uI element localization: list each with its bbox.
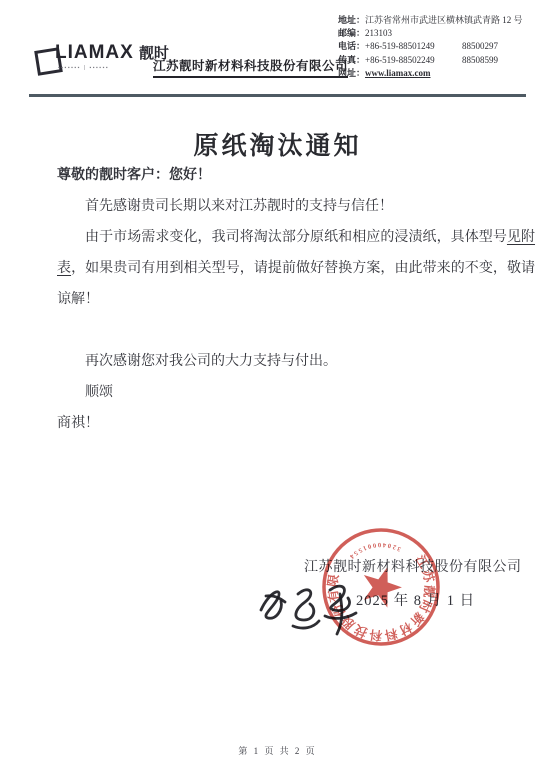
letter-page: LIAMAX 靓时 ▪▪▪▪▪▪▪ | ▪▪▪▪▪▪ 江苏靓时新材料科技股份有限…	[0, 0, 555, 782]
header-rule	[29, 94, 526, 97]
fax-value-1: +86-519-88502249	[365, 54, 462, 67]
brand-text: LIAMAX 靓时 ▪▪▪▪▪▪▪ | ▪▪▪▪▪▪	[55, 42, 169, 71]
company-seal-icon: 江苏靓时新材料科技股份有限公司 3204000155453	[314, 520, 448, 654]
letter-body: 尊敬的靓时客户：您好！ 首先感谢贵司长期以来对江苏靓时的支持与信任！ 由于市场需…	[57, 160, 535, 439]
body-line-3-underline: 表	[57, 261, 71, 276]
letter-title: 原纸淘汰通知	[0, 126, 555, 162]
contact-tel-row: 电话：+86-519-8850124988500297	[338, 40, 554, 53]
page-number: 第 1 页 共 2 页	[0, 744, 555, 757]
body-line-2: 由于市场需求变化，我司将淘汰部分原纸和相应的浸渍纸，具体型号见附	[57, 222, 535, 253]
address-label: 地址：	[338, 15, 365, 25]
brand-tagline: ▪▪▪▪▪▪▪ | ▪▪▪▪▪▪	[55, 65, 169, 71]
body-line-7: 商祺！	[57, 408, 535, 439]
zip-label: 邮编：	[338, 28, 365, 38]
body-line-4: 谅解！	[57, 284, 535, 315]
web-value: www.liamax.com	[365, 68, 431, 78]
signature-stroke	[296, 590, 314, 620]
fax-value-2: 88508599	[462, 55, 498, 65]
contact-web-row: 网址：www.liamax.com	[338, 67, 554, 80]
fax-label: 传真：	[338, 55, 365, 65]
tel-label: 电话：	[338, 41, 365, 51]
tel-value-2: 88500297	[462, 41, 498, 51]
brand-name-cn: 靓时	[139, 42, 169, 63]
seal-star-icon	[357, 561, 407, 610]
body-line-3-text: ，如果贵司有用到相关型号，请提前做好替换方案，由此带来的不变，敬请	[71, 261, 535, 276]
contact-address-row: 地址：江苏省常州市武进区横林镇武青路 12 号	[338, 14, 554, 27]
brand-name: LIAMAX	[55, 42, 134, 64]
brand-logo: LIAMAX 靓时 ▪▪▪▪▪▪▪ | ▪▪▪▪▪▪	[36, 42, 169, 74]
address-value: 江苏省常州市武进区横林镇武青路 12 号	[365, 15, 523, 25]
web-label: 网址：	[338, 68, 365, 78]
contact-info: 地址：江苏省常州市武进区横林镇武青路 12 号 邮编：213103 电话：+86…	[338, 14, 554, 80]
contact-zip-row: 邮编：213103	[338, 27, 554, 40]
company-name-header: 江苏靓时新材料科技股份有限公司	[153, 56, 348, 78]
tel-value-1: +86-519-88501249	[365, 40, 462, 53]
body-line-3: 表，如果贵司有用到相关型号，请提前做好替换方案，由此带来的不变，敬请	[57, 253, 535, 284]
zip-value: 213103	[365, 28, 392, 38]
body-line-1: 首先感谢贵司长期以来对江苏靓时的支持与信任！	[57, 191, 535, 222]
body-line-6: 顺颂	[57, 377, 535, 408]
body-line-2-underline: 见附	[507, 230, 535, 245]
salutation: 尊敬的靓时客户：您好！	[57, 160, 535, 191]
body-line-2-text: 由于市场需求变化，我司将淘汰部分原纸和相应的浸渍纸，具体型号	[85, 230, 507, 245]
body-line-5: 再次感谢您对我公司的大力支持与付出。	[57, 346, 535, 377]
contact-fax-row: 传真：+86-519-8850224988508599	[338, 54, 554, 67]
